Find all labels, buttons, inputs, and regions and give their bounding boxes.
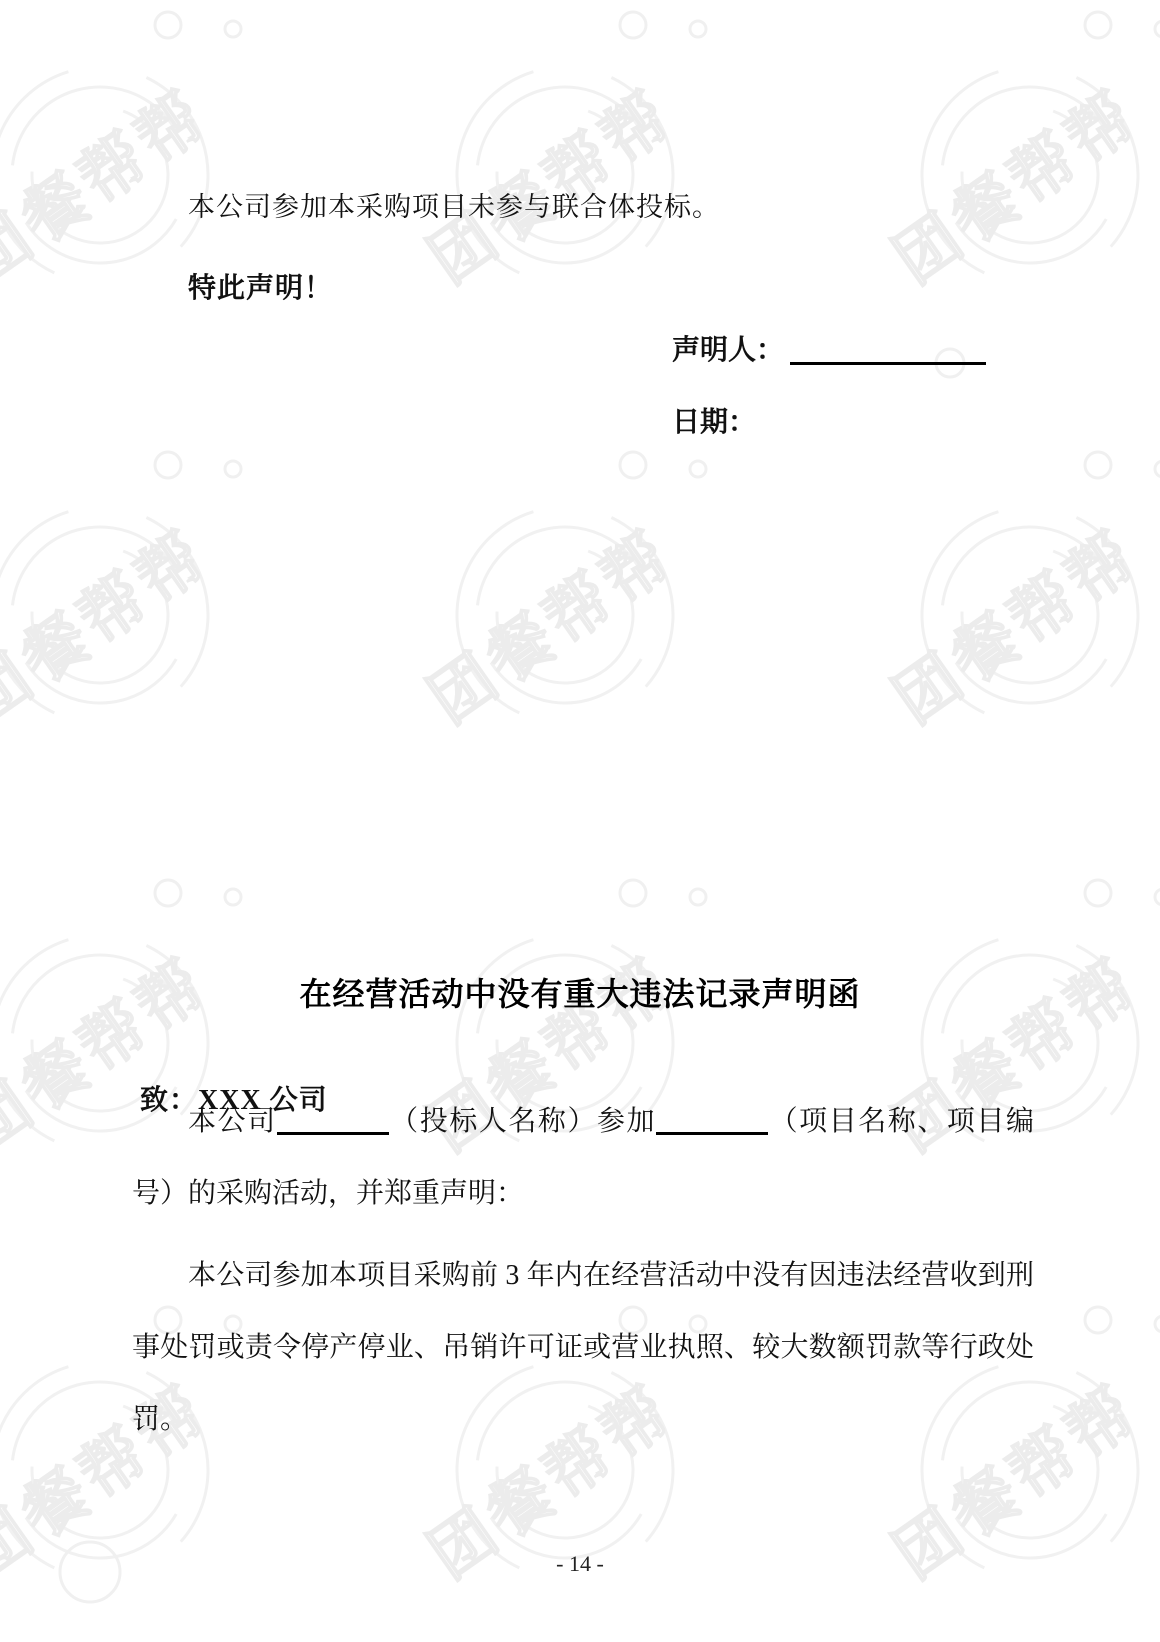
date-label: 日期： — [672, 407, 756, 438]
page-number: - 14 - — [0, 1551, 1160, 1577]
consortium-statement-line: 本公司参加本采购项目未参与联合体投标。 — [188, 185, 720, 224]
date-row: 日期： — [672, 400, 756, 440]
document-content: 本公司参加本采购项目未参与联合体投标。 特此声明！ 声明人： 日期： 在经营活动… — [0, 0, 1160, 1642]
declarant-signature-row: 声明人： — [672, 328, 986, 368]
document-page: 团餐帮帮 本公司参加本采购项目未参与联合体投标。 特此声明！ 声明人： 日期： … — [0, 0, 1160, 1642]
declaration-title: 在经营活动中没有重大违法记录声明函 — [0, 969, 1160, 1015]
declaration-paragraph-2: 本公司参加本项目采购前 3 年内在经营活动中没有因违法经营收到刑事处罚或责令停产… — [132, 1240, 1034, 1456]
declarant-signature-line — [790, 362, 986, 365]
declarant-label: 声明人： — [672, 335, 784, 366]
fill-in-blank-line — [656, 1132, 768, 1135]
fill-in-blank-line — [277, 1132, 389, 1135]
hereby-declare-line: 特此声明！ — [188, 266, 333, 306]
declaration-paragraph-1: 本公司（投标人名称）参加（项目名称、项目编号）的采购活动，并郑重声明： — [132, 1086, 1034, 1230]
